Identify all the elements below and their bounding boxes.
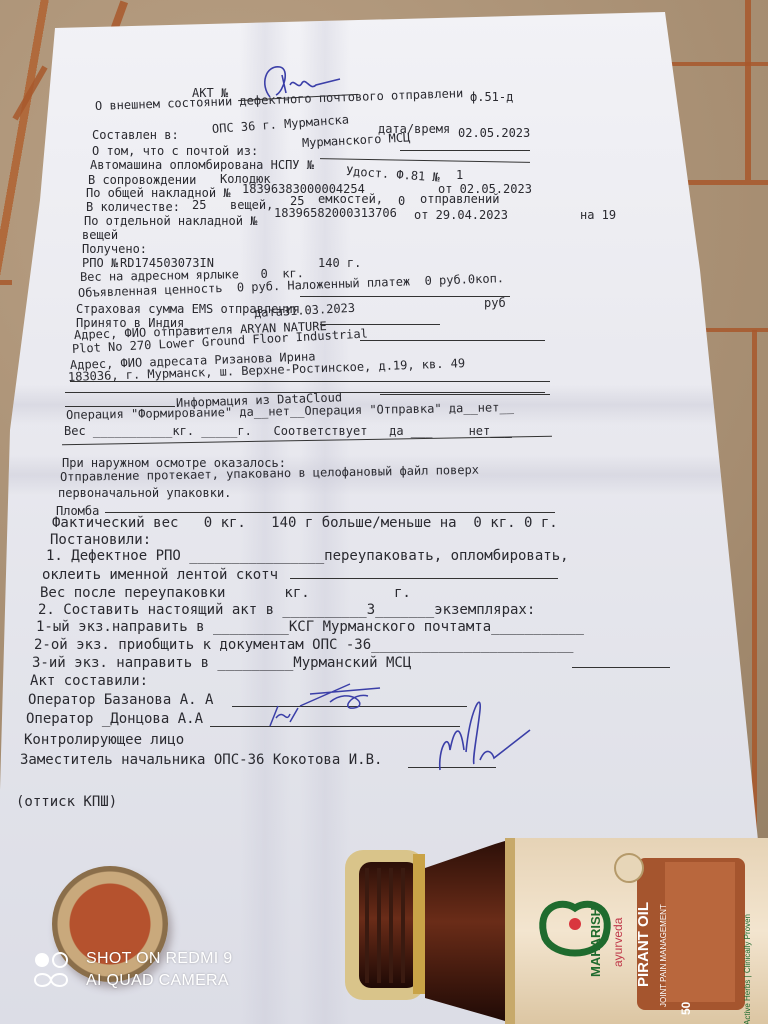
resolution-2: 2. Составить настоящий акт в __________3… <box>38 602 535 618</box>
from-label: О том, что с почтой из: <box>92 144 258 158</box>
resolution-1b: оклеить именной лентой скотч <box>42 567 278 583</box>
underline <box>290 578 558 579</box>
separate-invoice-label: По отдельной накладной № <box>84 214 257 228</box>
separate-invoice-value: 18396582000313706 <box>274 206 397 220</box>
rpo-label: РПО № <box>82 256 118 270</box>
quantity-label: В количестве: <box>86 200 180 214</box>
operator-2: Оператор _Донцова А.А <box>26 711 203 727</box>
floor-grout <box>680 180 768 185</box>
underline <box>400 150 530 151</box>
separate-invoice-date: от 29.04.2023 <box>414 208 508 222</box>
copy-2: 2-ой экз. приобщить к документам ОПС -36… <box>34 637 573 653</box>
floor-grout <box>745 0 751 180</box>
shipments-word: отправлений <box>420 192 499 206</box>
rpo-weight: 140 г. <box>318 256 361 270</box>
items-line: вещей <box>82 228 118 242</box>
underline <box>360 340 545 341</box>
underline <box>70 381 550 382</box>
actual-weight: Фактический вес 0 кг. 140 г больше/меньш… <box>52 515 558 531</box>
underline <box>572 667 670 668</box>
copy-3: 3-ий экз. направить в _________Мурмански… <box>32 655 411 671</box>
watermark-line-2: AI QUAD CAMERA <box>86 970 232 992</box>
vehicle-label: Автомашина опломбирована НСПУ № <box>90 158 314 172</box>
underline <box>300 296 510 297</box>
quantity-items: 25 <box>192 198 206 212</box>
resolution-1a: 1. Дефектное РПО ________________переупа… <box>46 548 569 564</box>
repack-weight: Вес после переупаковки кг. г. <box>40 585 411 601</box>
separate-invoice-count: на 19 <box>580 208 616 222</box>
product-volume: 50 <box>679 1002 693 1015</box>
resolved-label: Постановили: <box>50 532 151 548</box>
general-invoice-label: По общей накладной № <box>86 186 231 200</box>
floor-grout <box>0 280 12 285</box>
items-word: вещей, <box>230 198 273 212</box>
underline <box>105 512 555 513</box>
composed-by-label: Акт составили: <box>30 673 148 689</box>
controller-label: Контролирующее лицо <box>24 732 184 748</box>
product-tagline: JOINT PAIN MANAGEMENT <box>657 904 671 1007</box>
operator-1: Оператор Базанова А. А <box>28 692 213 708</box>
signature-deputy <box>420 690 540 775</box>
escort-label: В сопровождении <box>88 173 196 187</box>
camera-logo-icon <box>32 950 72 992</box>
copy-1: 1-ый экз.направить в _________КСГ Мурман… <box>36 619 584 635</box>
signature-act <box>240 55 360 105</box>
underline <box>380 394 550 395</box>
form-code: ф.51-д <box>470 90 513 104</box>
pirant-oil-bottle <box>345 838 768 1024</box>
product-name: PIRANT OIL <box>637 902 651 987</box>
product-footer: Active Herbs | Clinically Proven <box>741 914 755 1024</box>
floor-grout <box>12 66 47 121</box>
floor-grout <box>670 62 768 66</box>
stamp-placeholder: (оттиск КПШ) <box>16 794 117 810</box>
inspection-text-2: первоначальной упаковки. <box>58 486 231 500</box>
containers-word: емкостей, <box>318 192 383 206</box>
floor-grout <box>700 328 768 332</box>
watermark-line-1: SHOT ON REDMI 9 <box>86 948 232 970</box>
ems-insurance-unit: руб <box>484 296 506 310</box>
signature-operator-2 <box>260 700 310 730</box>
product-brand-sub: ayurveda <box>611 918 625 967</box>
weight-match: Вес ___________кг. _____г. Соответствует… <box>64 424 512 438</box>
cert-value: 1 <box>456 168 463 182</box>
deputy-head: Заместитель начальника ОПС-36 Кокотова И… <box>20 752 382 768</box>
received-label: Получено: <box>82 242 147 256</box>
underline <box>320 324 440 325</box>
shipments-value: 0 <box>398 194 405 208</box>
datetime-value: 02.05.2023 <box>458 126 530 140</box>
product-brand: MAHARISHI <box>589 903 603 977</box>
composed-at-label: Составлен в: <box>92 128 179 142</box>
